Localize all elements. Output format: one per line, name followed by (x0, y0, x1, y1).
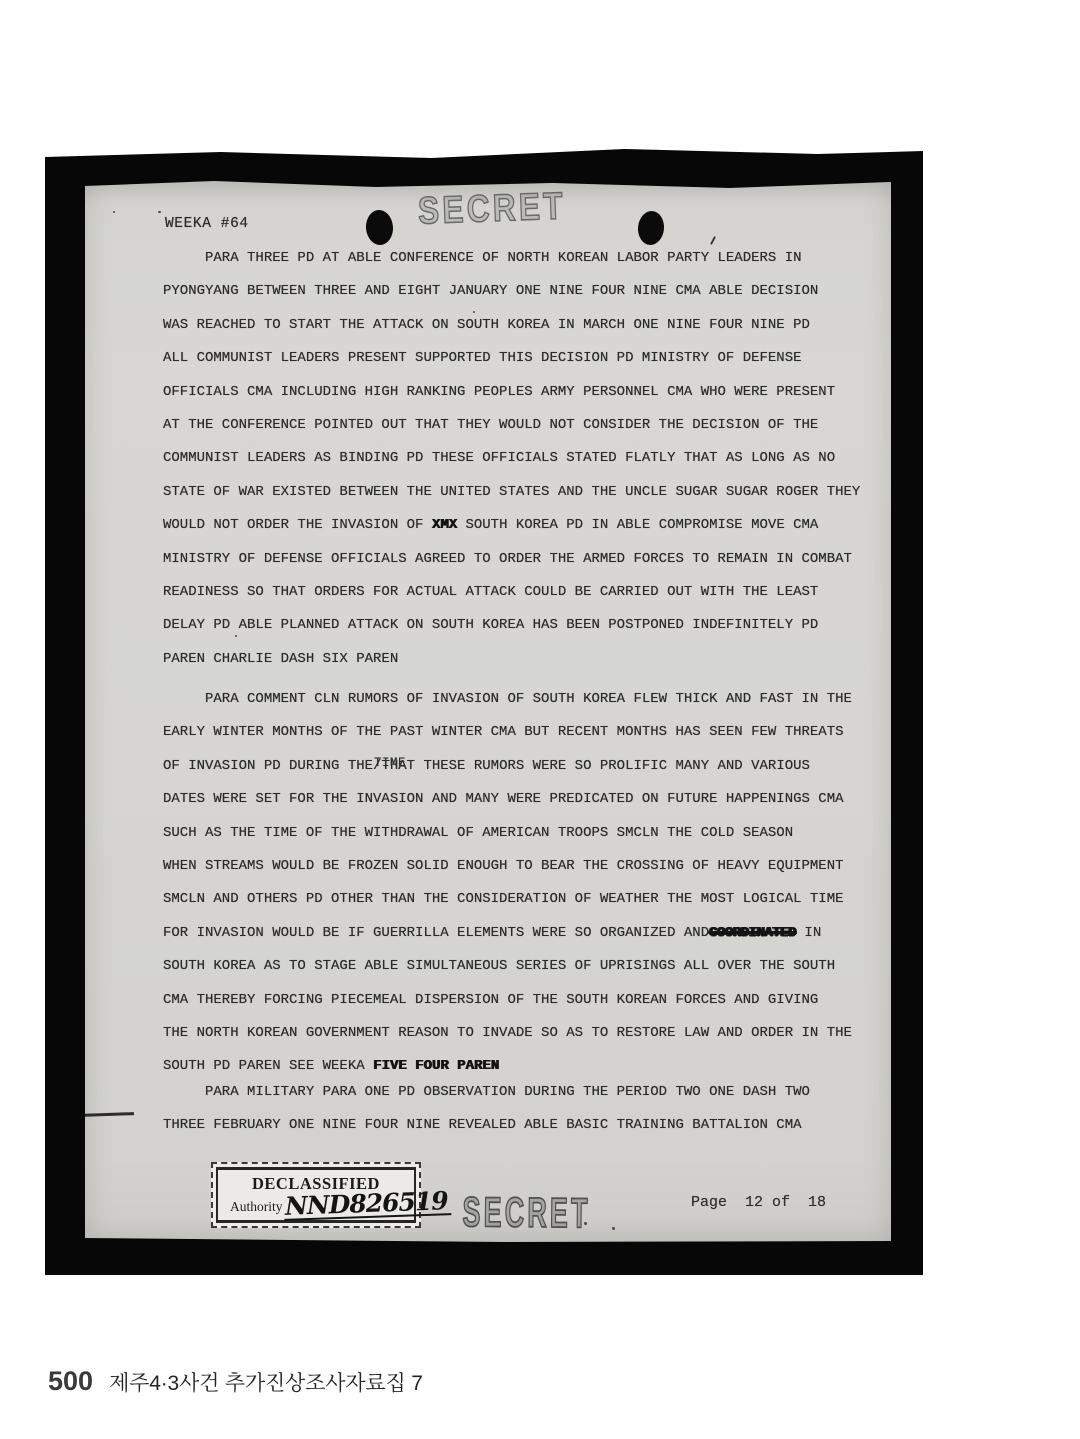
typed-text: WAS REACHED TO START THE ATTACK ON SOUTH… (163, 317, 810, 333)
document-line: COMMUNIST LEADERS AS BINDING PD THESE OF… (163, 450, 883, 483)
document-line: PYONGYANG BETWEEN THREE AND EIGHT JANUAR… (163, 283, 883, 316)
document-line: WAS REACHED TO START THE ATTACK ON SOUTH… (163, 317, 883, 350)
typed-text: IN (796, 925, 821, 941)
declassified-authority-row: Authority NND826519 (218, 1193, 414, 1218)
declassified-stamp: DECLASSIFIED Authority NND826519 (211, 1162, 421, 1228)
stray-mark (710, 236, 716, 245)
paper-speck (235, 635, 237, 637)
document-line: DELAY PD ABLE PLANNED ATTACK ON SOUTH KO… (163, 617, 883, 650)
document-line: SOUTH KOREA AS TO STAGE ABLE SIMULTANEOU… (163, 958, 883, 991)
document-line: PAREN CHARLIE DASH SIX PAREN (163, 651, 883, 684)
paper-speck (158, 211, 161, 213)
weeka-number: WEEKA #64 (165, 216, 249, 232)
document-line: SUCH AS THE TIME OF THE WITHDRAWAL OF AM… (163, 825, 883, 858)
book-caption: 제주4·3사건 추가진상조사자료집 7 (109, 1367, 423, 1397)
typed-text: SOUTH PD PAREN SEE WEEKA (163, 1058, 373, 1074)
document-line: ALL COMMUNIST LEADERS PRESENT SUPPORTED … (163, 350, 883, 383)
document-line: MINISTRY OF DEFENSE OFFICIALS AGREED TO … (163, 551, 883, 584)
typed-text: PYONGYANG BETWEEN THREE AND EIGHT JANUAR… (163, 283, 818, 299)
struck-out-text: COORDINATED (709, 925, 796, 941)
typed-text: READINESS SO THAT ORDERS FOR ACTUAL ATTA… (163, 584, 818, 600)
document-line: CMA THEREBY FORCING PIECEMEAL DISPERSION… (163, 992, 883, 1025)
margin-pen-mark (82, 1112, 134, 1117)
overstruck-bold-text: FIVE FOUR PAREN (373, 1058, 499, 1074)
paper-speck (473, 311, 475, 313)
document-line: OFFICIALS CMA INCLUDING HIGH RANKING PEO… (163, 384, 883, 417)
document-line: WOULD NOT ORDER THE INVASION OF XMX SOUT… (163, 517, 883, 550)
document-line: STATE OF WAR EXISTED BETWEEN THE UNITED … (163, 484, 883, 517)
typed-text: OFFICIALS CMA INCLUDING HIGH RANKING PEO… (163, 384, 835, 400)
typed-text: STATE OF WAR EXISTED BETWEEN THE UNITED … (163, 484, 860, 500)
typed-text: COMMUNIST LEADERS AS BINDING PD THESE OF… (163, 450, 835, 466)
typed-text: SOUTH KOREA AS TO STAGE ABLE SIMULTANEOU… (163, 958, 835, 974)
page-number-label: Page 12 of 18 (691, 1194, 826, 1211)
book-page-number: 500 (48, 1366, 93, 1397)
document-line: EARLY WINTER MONTHS OF THE PAST WINTER C… (163, 724, 883, 757)
inserted-word: TIME (374, 757, 406, 769)
secret-stamp-bottom: SECRET (453, 1188, 601, 1238)
typed-text: /THAT THESE RUMORS WERE SO PROLIFIC MANY… (373, 758, 810, 774)
document-line: PARA MILITARY PARA ONE PD OBSERVATION DU… (163, 1084, 883, 1117)
hole-punch-left (365, 209, 394, 246)
secret-stamp-top: SECRET (392, 185, 593, 235)
typed-text: PARA THREE PD AT ABLE CONFERENCE OF NORT… (163, 250, 802, 266)
typed-text: DATES WERE SET FOR THE INVASION AND MANY… (163, 791, 844, 807)
document-lines: PARA THREE PD AT ABLE CONFERENCE OF NORT… (163, 250, 883, 1151)
document-line: WHEN STREAMS WOULD BE FROZEN SOLID ENOUG… (163, 858, 883, 891)
overstruck-bold-text: XMX (432, 517, 457, 533)
typed-text: CMA THEREBY FORCING PIECEMEAL DISPERSION… (163, 992, 818, 1008)
document-line: AT THE CONFERENCE POINTED OUT THAT THEY … (163, 417, 883, 450)
hole-punch-right (637, 210, 666, 246)
typed-text: WHEN STREAMS WOULD BE FROZEN SOLID ENOUG… (163, 858, 844, 874)
typed-text: PARA MILITARY PARA ONE PD OBSERVATION DU… (163, 1084, 810, 1100)
typed-text: SUCH AS THE TIME OF THE WITHDRAWAL OF AM… (163, 825, 793, 841)
document-line: FOR INVASION WOULD BE IF GUERRILLA ELEME… (163, 925, 883, 958)
typed-text: EARLY WINTER MONTHS OF THE PAST WINTER C… (163, 724, 844, 740)
typed-text: PARA COMMENT CLN RUMORS OF INVASION OF S… (163, 691, 852, 707)
typed-text: FOR INVASION WOULD BE IF GUERRILLA ELEME… (163, 925, 709, 941)
typed-text: THE NORTH KOREAN GOVERNMENT REASON TO IN… (163, 1025, 852, 1041)
document-line: SMCLN AND OTHERS PD OTHER THAN THE CONSI… (163, 891, 883, 924)
scanned-document: SECRET WEEKA #64 PARA THREE PD AT ABLE C… (45, 148, 923, 1275)
document-line: THREE FEBRUARY ONE NINE FOUR NINE REVEAL… (163, 1117, 883, 1150)
typed-text: THREE FEBRUARY ONE NINE FOUR NINE REVEAL… (163, 1117, 802, 1133)
document-line: PARA THREE PD AT ABLE CONFERENCE OF NORT… (163, 250, 883, 283)
declassified-stamp-inner-border: DECLASSIFIED Authority NND826519 (216, 1167, 416, 1223)
typed-text: DELAY PD ABLE PLANNED ATTACK ON SOUTH KO… (163, 617, 818, 633)
declassified-authority-number: NND826519 (283, 1190, 451, 1221)
typed-text: PAREN CHARLIE DASH SIX PAREN (163, 651, 398, 667)
typed-text: MINISTRY OF DEFENSE OFFICIALS AGREED TO … (163, 551, 852, 567)
typed-text: ALL COMMUNIST LEADERS PRESENT SUPPORTED … (163, 350, 802, 366)
document-line: DATES WERE SET FOR THE INVASION AND MANY… (163, 791, 883, 824)
typed-text: SOUTH KOREA PD IN ABLE COMPROMISE MOVE C… (457, 517, 818, 533)
book-page: SECRET WEEKA #64 PARA THREE PD AT ABLE C… (0, 0, 1080, 1439)
document-line: READINESS SO THAT ORDERS FOR ACTUAL ATTA… (163, 584, 883, 617)
declassified-authority-label: Authority (230, 1199, 283, 1218)
document-line: OF INVASION PD DURING THETIME/THAT THESE… (163, 758, 883, 791)
document-line: PARA COMMENT CLN RUMORS OF INVASION OF S… (163, 691, 883, 724)
typed-text: SMCLN AND OTHERS PD OTHER THAN THE CONSI… (163, 891, 844, 907)
typed-text: OF INVASION PD DURING THE (163, 758, 373, 774)
paper-speck (113, 211, 115, 213)
document-line: THE NORTH KOREAN GOVERNMENT REASON TO IN… (163, 1025, 883, 1058)
stamp-ink-dot (612, 1227, 615, 1230)
document-paper: SECRET WEEKA #64 PARA THREE PD AT ABLE C… (85, 180, 891, 1242)
book-footer: 500 제주4·3사건 추가진상조사자료집 7 (48, 1366, 423, 1397)
typed-text: AT THE CONFERENCE POINTED OUT THAT THEY … (163, 417, 818, 433)
typed-text: WOULD NOT ORDER THE INVASION OF (163, 517, 432, 533)
